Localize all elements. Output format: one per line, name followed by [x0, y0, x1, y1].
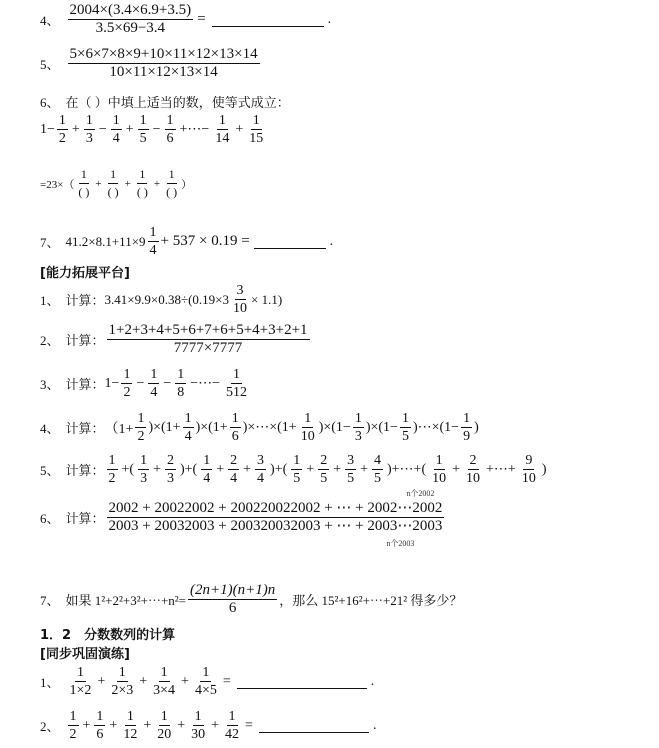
question-number: 1、 — [40, 672, 60, 691]
denominator: 10 — [231, 300, 249, 317]
operator: + — [125, 178, 131, 190]
denominator: 42 — [223, 726, 241, 743]
operator: )+( — [180, 462, 197, 478]
operator: +⋯− — [180, 121, 210, 138]
answer-blank[interactable] — [259, 718, 369, 733]
expression: 41.2×8.1+11×9 — [66, 234, 146, 250]
operator: + — [72, 122, 80, 138]
numerator: 1 — [217, 112, 228, 130]
open-paren: (1− — [378, 420, 398, 436]
question-number: 7、 — [40, 590, 60, 609]
numerator: 1 — [148, 224, 159, 241]
question-number: 5、 — [40, 54, 60, 73]
denominator: 15 — [247, 130, 265, 147]
denominator: 6 — [227, 600, 239, 617]
numerator: 1 — [75, 664, 86, 682]
period: . — [371, 674, 375, 690]
denominator: 5 — [318, 470, 329, 487]
numerator: 2 — [165, 452, 176, 470]
denominator: 10 — [520, 470, 538, 487]
denominator: 4 — [148, 384, 159, 401]
denominator: 4 — [183, 428, 194, 445]
fraction: 15 — [291, 452, 302, 487]
numerator: 1 — [353, 410, 364, 428]
fraction: 15 — [400, 410, 411, 445]
denominator: 4×5 — [193, 682, 219, 699]
fraction: 5×6×7×8×9+10×11×12×13×14 10×11×12×13×14 — [68, 46, 260, 81]
fraction: 114 — [213, 112, 231, 147]
fraction: 115 — [247, 112, 265, 147]
operator: + — [153, 462, 161, 478]
numerator: 1 — [167, 166, 177, 184]
fraction: 14 — [148, 366, 159, 401]
fraction: 16 — [165, 112, 176, 147]
denominator: 3 — [353, 428, 364, 445]
fraction: 14 — [111, 112, 122, 147]
denominator: 14 — [213, 130, 231, 147]
fraction: 14 — [183, 410, 194, 445]
period: . — [373, 718, 377, 734]
denominator: 5 — [372, 470, 383, 487]
close-paren: )×⋯× — [243, 419, 277, 436]
label: 计算： — [66, 508, 105, 527]
denominator: 30 — [189, 726, 207, 743]
fraction: 25 — [318, 452, 329, 487]
label: 计算： — [66, 418, 105, 437]
close-paren: )× — [319, 420, 332, 436]
operator: + — [306, 462, 314, 478]
operator: + — [333, 462, 341, 478]
question-b2: 2、 计算： 1+2+3+4+5+6+7+6+5+4+3+2+1 7777×77… — [40, 322, 312, 357]
question-b4: 4、 计算： （1+12)×(1+14)×(1+16)×⋯×(1+110)×(1… — [40, 410, 479, 445]
numerator: 1 — [200, 664, 211, 682]
fraction: 3 10 — [231, 282, 249, 317]
numerator: 1 — [165, 112, 176, 130]
fraction: 112 — [121, 708, 139, 743]
fraction: 16 — [230, 410, 241, 445]
fraction: 13 — [138, 452, 149, 487]
question-number: 4、 — [40, 10, 60, 29]
operator: + — [452, 462, 460, 478]
fraction: 210 — [464, 452, 482, 487]
question-c2: 2、 12+16+112+120+130+142=. — [40, 708, 376, 743]
numerator: 3 — [235, 282, 246, 300]
fraction: 12 — [57, 112, 68, 147]
denominator: 3 — [138, 470, 149, 487]
question-number: 7、 — [40, 232, 60, 251]
denominator: 4 — [228, 470, 239, 487]
denominator: 10 — [464, 470, 482, 487]
fraction: 13×4 — [151, 664, 177, 699]
question-a6-lhs: 1− 12+13−14+15−16+⋯−114+115 — [40, 112, 267, 147]
fraction: 1( ) — [164, 166, 179, 201]
numerator: 3 — [255, 452, 266, 470]
fraction: 130 — [189, 708, 207, 743]
numerator: 1 — [291, 452, 302, 470]
operator: + — [360, 462, 368, 478]
denominator: 10 — [430, 470, 448, 487]
fraction: n个2002 2002 + 20022002 + 200220022002 + … — [107, 500, 445, 535]
numerator: 1 — [148, 366, 159, 384]
numerator: 1 — [111, 112, 122, 130]
operator: + — [177, 718, 185, 734]
numerator: 1 — [137, 166, 147, 184]
numerator: 2004×(3.4×6.9+3.5) — [68, 2, 194, 20]
label: 计算： — [66, 460, 105, 479]
fraction: 16 — [94, 708, 105, 743]
open-paren: (1− — [331, 420, 351, 436]
operator: )+( — [270, 462, 287, 478]
denominator: 1×2 — [68, 682, 94, 699]
numerator: 1 — [159, 664, 170, 682]
question-a5: 5、 5×6×7×8×9+10×11×12×13×14 10×11×12×13×… — [40, 46, 262, 81]
denominator: 512 — [224, 384, 249, 401]
close-paren: )× — [148, 420, 161, 436]
numerator: 5×6×7×8×9+10×11×12×13×14 — [68, 46, 260, 64]
label: 计算： — [66, 330, 105, 349]
operator: )+⋯+( — [387, 461, 426, 478]
numerator: 1 — [231, 366, 242, 384]
denominator: 2 — [135, 428, 146, 445]
expression: 3.41×9.9×0.38÷(0.19×3 — [105, 292, 229, 308]
operator: − — [136, 376, 144, 392]
denominator: 3×4 — [151, 682, 177, 699]
operator: + — [126, 122, 134, 138]
numerator: 1 — [138, 452, 149, 470]
denominator: 3.5×69−3.4 — [94, 20, 167, 37]
tail: ，那么 15²+16²+⋯+21² 得多少？ — [279, 590, 462, 609]
fraction: 1( ) — [106, 166, 121, 201]
equals: = — [245, 718, 253, 734]
operator: + — [143, 718, 151, 734]
close-paren: ） — [181, 176, 192, 192]
denominator: 6 — [165, 130, 176, 147]
operator: −⋯− — [190, 375, 220, 392]
open-paren: (1+ — [208, 420, 228, 436]
question-a6-prompt: 6、 在（ ）中填上适当的数，使等式成立： — [40, 92, 290, 111]
denominator: 8 — [175, 384, 186, 401]
numerator: 1+2+3+4+5+6+7+6+5+4+3+2+1 — [107, 322, 310, 340]
period: . — [328, 12, 332, 28]
question-b1: 1、 计算： 3.41×9.9×0.38÷(0.19×3 3 10 × 1.1) — [40, 282, 282, 317]
fraction: 110 — [430, 452, 448, 487]
over-note: n个2002 — [406, 488, 434, 499]
fraction: 1512 — [224, 366, 249, 401]
question-a7: 7、 41.2×8.1+11×9 1 4 + 537 × 0.19 = . — [40, 224, 333, 259]
fraction: 24 — [228, 452, 239, 487]
numerator: 4 — [372, 452, 383, 470]
fraction: 15 — [138, 112, 149, 147]
operator: ) — [542, 462, 547, 478]
denominator: 3 — [84, 130, 95, 147]
numerator: 1 — [108, 166, 118, 184]
label: 计算： — [66, 374, 105, 393]
section-title-sync: [同步巩固演练] — [40, 643, 130, 662]
denominator: 2×3 — [109, 682, 135, 699]
answer-blank[interactable] — [254, 234, 326, 249]
numerator: 2 — [468, 452, 479, 470]
question-number: 2、 — [40, 330, 60, 349]
denominator: 9 — [461, 428, 472, 445]
question-a4: 4、 2004×(3.4×6.9+3.5) 3.5×69−3.4 = . — [40, 2, 331, 37]
fraction: 34 — [255, 452, 266, 487]
numerator: (2n+1)(n+1)n — [188, 582, 277, 600]
denominator: 6 — [230, 428, 241, 445]
fraction: 13 — [353, 410, 364, 445]
numerator: 1 — [251, 112, 262, 130]
denominator: 5 — [345, 470, 356, 487]
numerator: 1 — [175, 366, 186, 384]
question-number: 5、 — [40, 460, 60, 479]
operator: + — [139, 674, 147, 690]
denominator: 2 — [57, 130, 68, 147]
fraction: 110 — [299, 410, 317, 445]
question-b7: 7、 如果 1²+2²+3²+⋯+n²= (2n+1)(n+1)n 6 ，那么 … — [40, 582, 462, 617]
fraction: 1 4 — [148, 224, 159, 259]
fraction: 14×5 — [193, 664, 219, 699]
lead: 如果 1²+2²+3²+⋯+n²= — [66, 590, 187, 609]
numerator: 9 — [523, 452, 534, 470]
operator: + — [216, 462, 224, 478]
operator: + — [154, 178, 160, 190]
fraction: 1+2+3+4+5+6+7+6+5+4+3+2+1 7777×7777 — [107, 322, 310, 357]
fraction: 1( ) — [135, 166, 150, 201]
numerator: 1 — [230, 410, 241, 428]
denominator: 5 — [400, 428, 411, 445]
equals: = — [223, 674, 231, 690]
open-paren: (1− — [440, 420, 460, 436]
operator: − — [153, 122, 161, 138]
numerator: 2 — [228, 452, 239, 470]
fraction: 45 — [372, 452, 383, 487]
operator: + — [181, 674, 189, 690]
numerator: 1 — [107, 452, 118, 470]
fraction: 1( ) — [76, 166, 91, 201]
operator: + — [95, 178, 101, 190]
question-number: 4、 — [40, 418, 60, 437]
lead: 1− — [40, 122, 55, 138]
fraction: 18 — [175, 366, 186, 401]
question-b3: 3、 计算： 1− 12−14−18−⋯−1512 — [40, 366, 251, 401]
denominator: ( ) — [106, 184, 121, 201]
numerator: 1 — [138, 112, 149, 130]
fraction: 2004×(3.4×6.9+3.5) 3.5×69−3.4 — [68, 2, 194, 37]
numerator: 2 — [318, 452, 329, 470]
fraction: 120 — [155, 708, 173, 743]
fraction: 19 — [461, 410, 472, 445]
numerator: 1 — [135, 410, 146, 428]
question-number: 2、 — [40, 716, 60, 735]
question-b5: 5、 计算： 12+(13+23)+(14+24+34)+(15+25+35+4… — [40, 452, 549, 487]
period: . — [330, 234, 334, 250]
fraction: 14 — [201, 452, 212, 487]
open-paren: (1+ — [277, 420, 297, 436]
fraction: 11×2 — [68, 664, 94, 699]
fraction: (2n+1)(n+1)n 6 — [188, 582, 277, 617]
label: 计算： — [66, 290, 105, 309]
numerator: 1 — [57, 112, 68, 130]
under-note: n个2003 — [386, 538, 414, 549]
denominator: ( ) — [135, 184, 150, 201]
operator: + — [97, 674, 105, 690]
expression: + 537 × 0.19 = — [161, 233, 250, 250]
numerator: 1 — [193, 708, 204, 726]
denominator: 2003 + 20032003 + 200320032003 + ⋯ + 200… — [107, 518, 445, 535]
numerator: 1 — [117, 664, 128, 682]
open-paren: (1+ — [161, 420, 181, 436]
question-number: 6、 — [40, 508, 60, 527]
fraction: 35 — [345, 452, 356, 487]
denominator: 2 — [68, 726, 79, 743]
denominator: 4 — [201, 470, 212, 487]
answer-blank[interactable] — [212, 12, 324, 27]
denominator: 4 — [111, 130, 122, 147]
denominator: 4 — [148, 241, 159, 259]
numerator: 1 — [183, 410, 194, 428]
close-paren: )⋯× — [413, 419, 440, 436]
denominator: 7777×7777 — [172, 340, 244, 357]
fraction: 12 — [121, 366, 132, 401]
numerator: 1 — [201, 452, 212, 470]
question-number: 1、 — [40, 290, 60, 309]
lead: 1− — [105, 376, 120, 392]
operator: − — [99, 122, 107, 138]
operator: +( — [122, 462, 135, 478]
operator: + — [243, 462, 251, 478]
operator: + — [235, 122, 243, 138]
numerator: 1 — [227, 708, 238, 726]
answer-blank[interactable] — [237, 674, 367, 689]
fraction: 12 — [68, 708, 79, 743]
question-b6: 6、 计算： n个2002 2002 + 20022002 + 20022002… — [40, 500, 446, 535]
numerator: 1 — [302, 410, 313, 428]
numerator: 1 — [68, 708, 79, 726]
numerator: 1 — [461, 410, 472, 428]
denominator: 5 — [291, 470, 302, 487]
denominator: 6 — [94, 726, 105, 743]
numerator: 3 — [345, 452, 356, 470]
denominator: 5 — [138, 130, 149, 147]
operator: +⋯+ — [486, 461, 516, 478]
operator: + — [83, 718, 91, 734]
close-paren: ) — [474, 420, 479, 436]
fraction: 13 — [84, 112, 95, 147]
numerator: 1 — [125, 708, 136, 726]
operator: − — [163, 376, 171, 392]
section-heading: 1．2 分数数列的计算 — [40, 624, 175, 643]
lead: =23×（ — [40, 176, 74, 192]
expression: × 1.1) — [251, 292, 282, 308]
denominator: ( ) — [164, 184, 179, 201]
close-paren: )× — [366, 420, 379, 436]
fraction: 142 — [223, 708, 241, 743]
numerator: 1 — [400, 410, 411, 428]
question-number: 6、 — [40, 92, 60, 111]
fraction: 12×3 — [109, 664, 135, 699]
denominator: 2 — [121, 384, 132, 401]
fraction: 12 — [107, 452, 118, 487]
numerator: 1 — [434, 452, 445, 470]
prompt-text: 在（ ）中填上适当的数，使等式成立： — [66, 92, 290, 111]
operator: + — [211, 718, 219, 734]
numerator: 1 — [121, 366, 132, 384]
close-paren: )× — [196, 420, 209, 436]
denominator: 10×11×12×13×14 — [107, 64, 219, 81]
numerator: 1 — [79, 166, 89, 184]
operator: + — [109, 718, 117, 734]
fraction: 23 — [165, 452, 176, 487]
denominator: 12 — [121, 726, 139, 743]
numerator: 1 — [94, 708, 105, 726]
equals: = — [197, 11, 205, 28]
denominator: 4 — [255, 470, 266, 487]
fraction: 910 — [520, 452, 538, 487]
question-number: 3、 — [40, 374, 60, 393]
numerator: 1 — [84, 112, 95, 130]
fraction: 12 — [135, 410, 146, 445]
question-a6-rhs: =23×（ 1( )+1( )+1( )+1( )） — [40, 166, 192, 201]
section-title-ability: [能力拓展平台] — [40, 262, 130, 281]
denominator: 10 — [299, 428, 317, 445]
denominator: ( ) — [76, 184, 91, 201]
denominator: 3 — [165, 470, 176, 487]
denominator: 2 — [107, 470, 118, 487]
numerator: 2002 + 20022002 + 200220022002 + ⋯ + 200… — [107, 500, 445, 518]
numerator: 1 — [159, 708, 170, 726]
question-c1: 1、 11×2+12×3+13×4+14×5=. — [40, 664, 374, 699]
denominator: 20 — [155, 726, 173, 743]
open-paren: （1+ — [105, 418, 134, 438]
